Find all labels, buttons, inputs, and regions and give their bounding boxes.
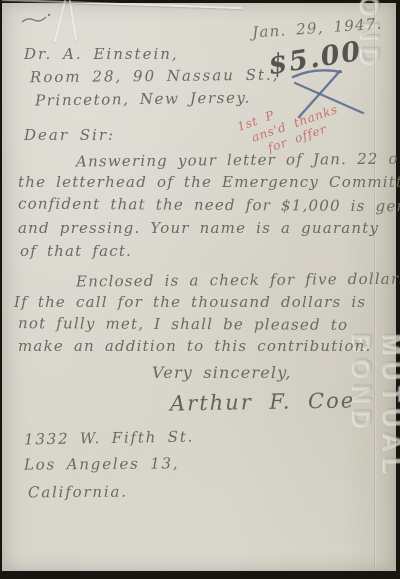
- sender-city: Los Angeles 13,: [24, 454, 180, 473]
- body-line: Enclosed is a check for five dollars.: [76, 270, 400, 291]
- body-line: make an addition to this contribution.: [18, 337, 372, 355]
- signature: Arthur F. Coe: [170, 388, 356, 415]
- recipient-city: Princeton, New Jersey.: [35, 88, 251, 109]
- bottom-crease: [2, 0, 242, 9]
- body-line: If the call for the thousand dollars is: [14, 293, 366, 311]
- sender-street: 1332 W. Fifth St.: [24, 428, 194, 449]
- fold-crease: [69, 0, 78, 41]
- scanned-letter-photo: OND MUTUAL BOND Jan. 29, 1947. $5.00 1st…: [0, 0, 400, 579]
- pencil-scribble: [20, 11, 54, 27]
- body-line: confident that the need for $1,000 is ge…: [18, 195, 400, 216]
- recipient-name: Dr. A. Einstein,: [24, 45, 179, 63]
- body-line: Answering your letter of Jan. 22 on: [76, 150, 400, 171]
- salutation: Dear Sir:: [24, 126, 115, 144]
- body-line: of that fact.: [20, 242, 132, 260]
- body-line: the letterhead of the Emergency Committe…: [18, 173, 400, 191]
- body-line: and pressing. Your name is a guaranty: [18, 219, 379, 237]
- body-line: not fully met, I shall be pleased to: [18, 314, 348, 334]
- recipient-street: Room 28, 90 Nassau St.,: [30, 66, 280, 87]
- fold-crease: [54, 0, 67, 43]
- date-annotation: Jan. 29, 1947.: [252, 14, 383, 41]
- letter-paper: OND MUTUAL BOND Jan. 29, 1947. $5.00 1st…: [2, 3, 396, 571]
- sender-state: California.: [28, 483, 128, 502]
- closing: Very sincerely,: [152, 363, 292, 382]
- watermark-mutual-bond: MUTUAL BOND: [346, 333, 400, 563]
